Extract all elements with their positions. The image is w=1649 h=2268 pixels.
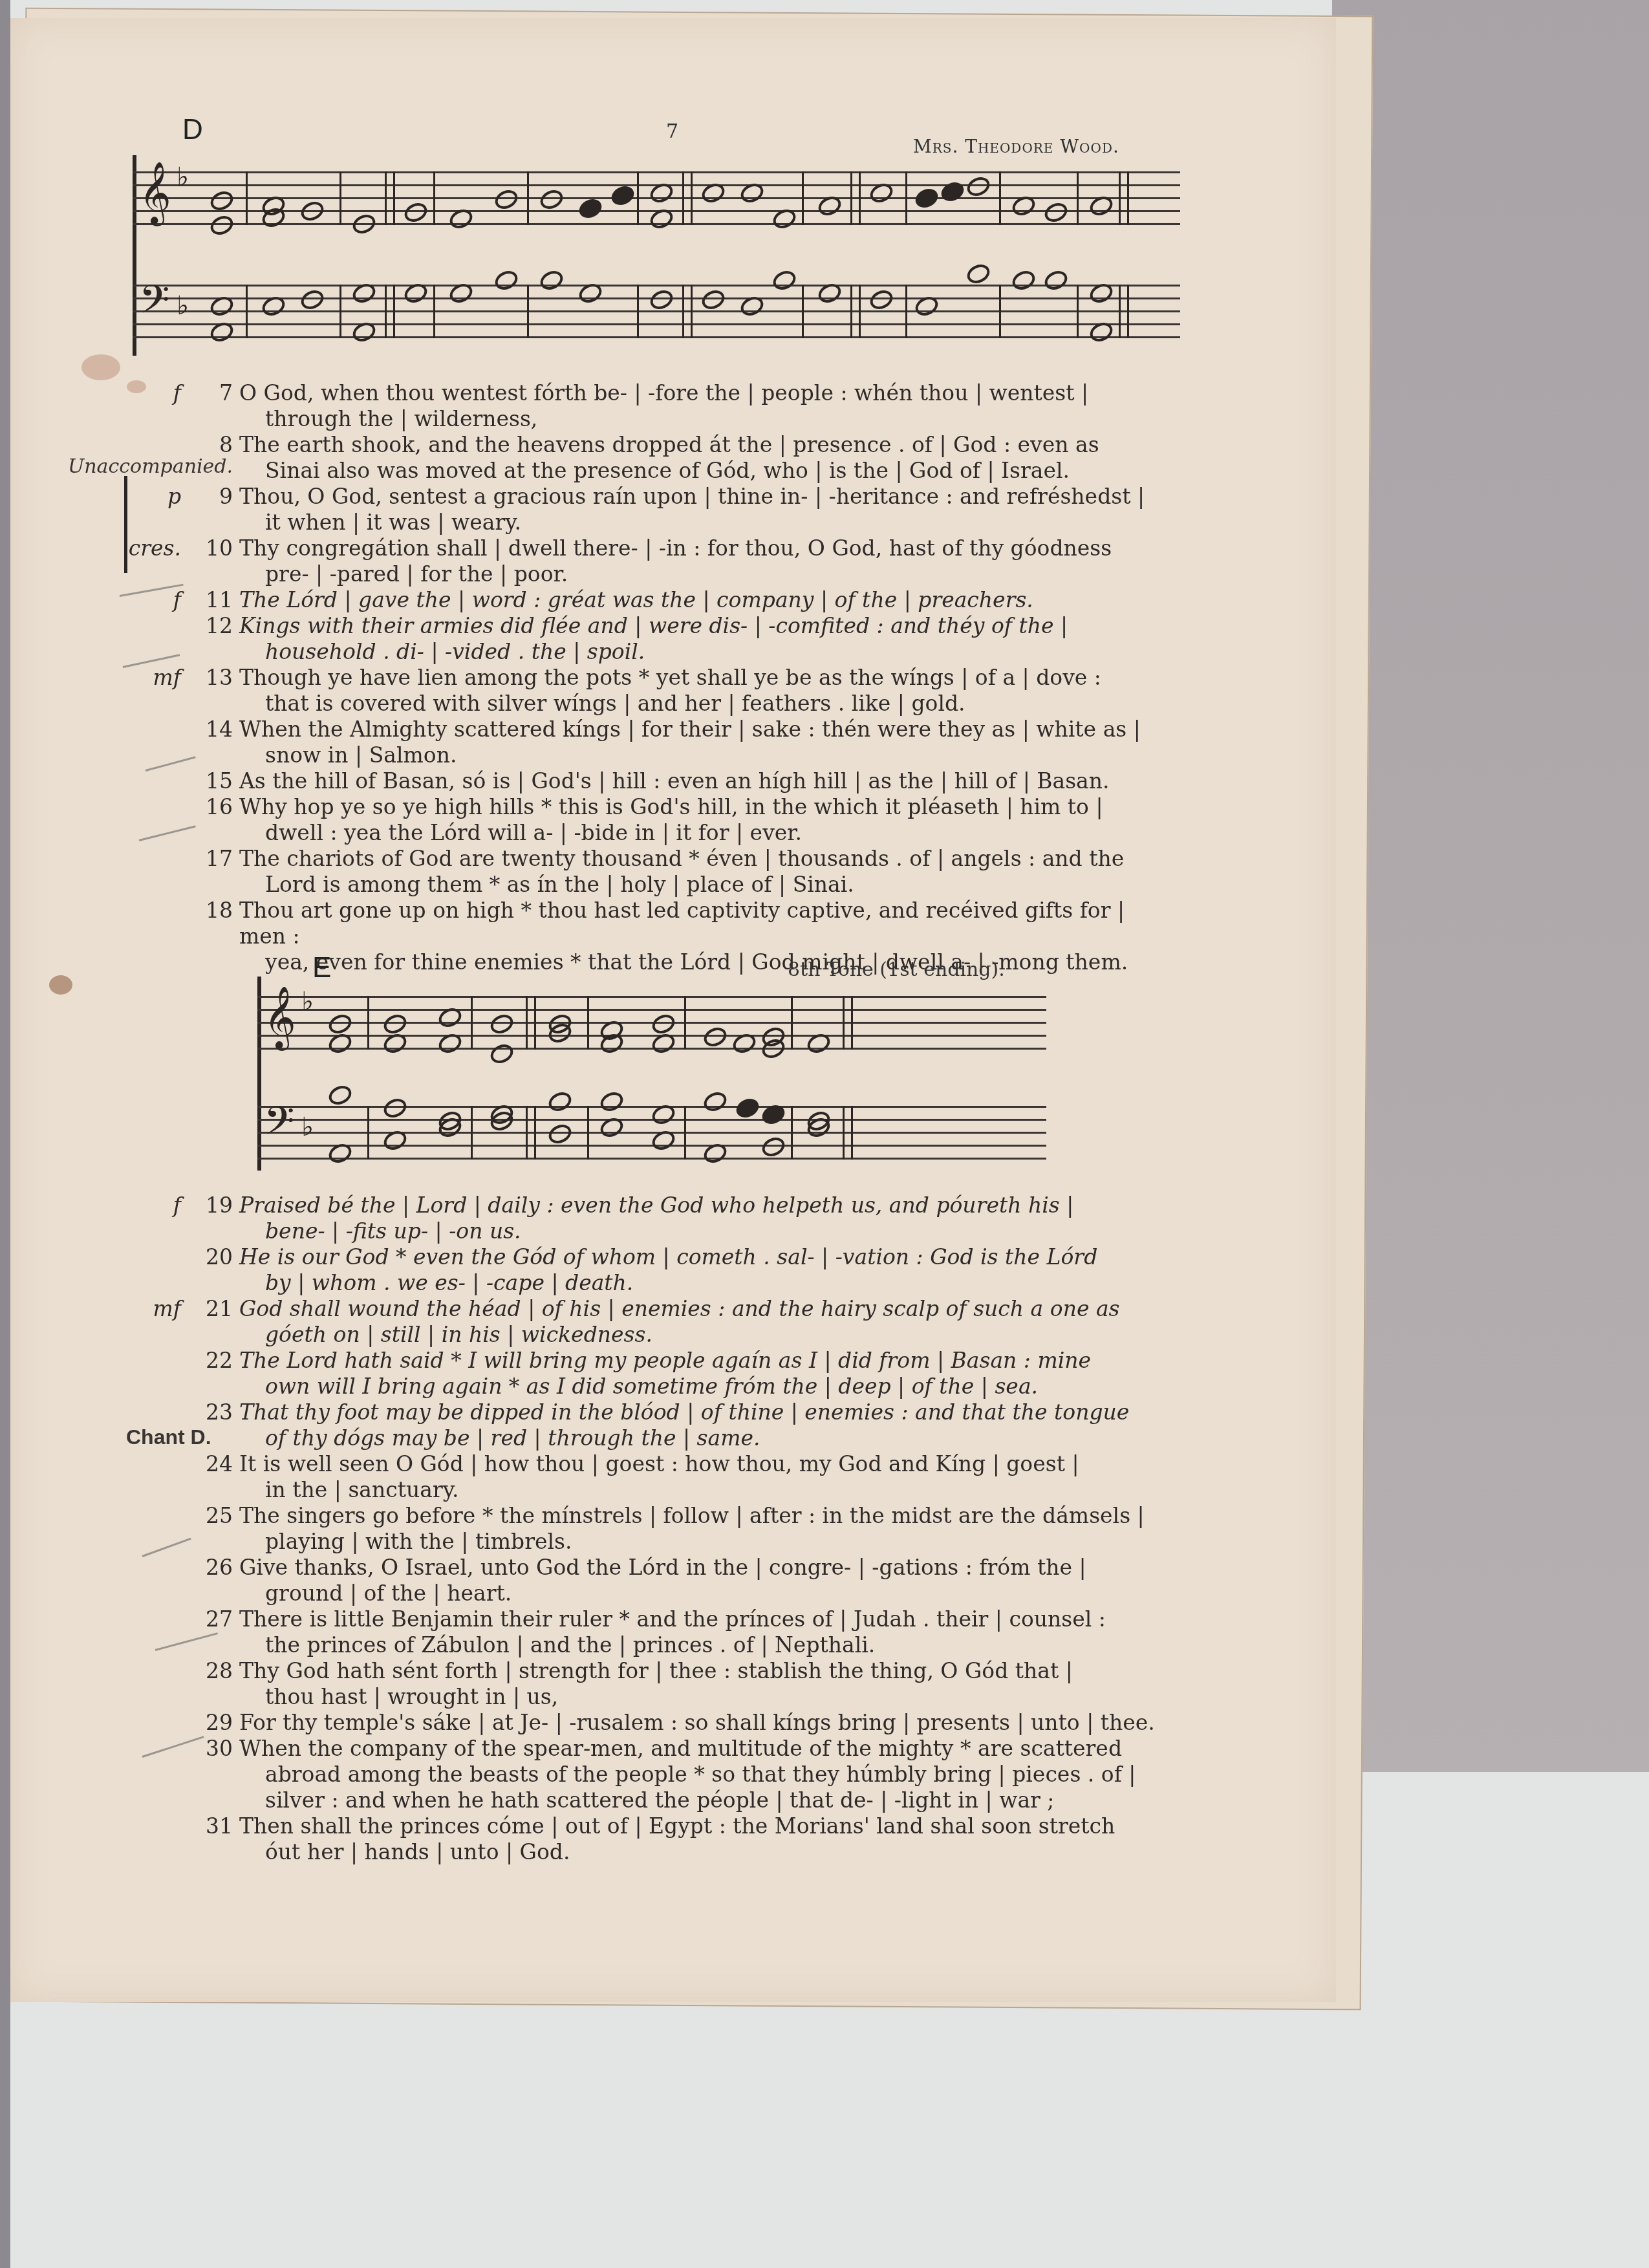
verse-text-line2: it when | it was | weary. [239,510,1170,535]
verse-text-line1: Thou art gone up on high * thou hast led… [239,898,1170,949]
verse-number: 22 [188,1348,233,1374]
verse-text-line2: by | whom . we es- | -cape | death. [239,1270,1170,1296]
verse-text-line1: O God, when thou wentest fórth be- | -fo… [239,380,1170,406]
verse-13: mf13Though ye have lien among the pots *… [116,665,1170,717]
treble-clef-icon: 𝄞 [139,165,171,219]
verse-number: 17 [188,846,233,872]
foxing-stain [81,354,120,380]
verse-text-line2: that is covered with silver wíngs | and … [239,691,1170,717]
dynamic-marking: mf [116,1296,181,1322]
verse-28: 28Thy God hath sént forth | strength for… [116,1658,1170,1710]
verse-text-line1: Thy congregátion shall | dwell there- | … [239,535,1170,561]
chant-e-score: 𝄞 ♭ 𝄢 ♭ [257,977,1046,1183]
verse-30: 30When the company of the spear-men, and… [116,1736,1170,1813]
verse-29: 29For thy temple's sáke | at Je- | -rusa… [116,1710,1170,1736]
dynamic-marking: f [116,380,181,406]
verse-number: 11 [188,587,233,613]
verse-text-line2: playing | with the | timbrels. [239,1529,1170,1555]
verse-22: 22The Lord hath said * I will bring my p… [116,1348,1170,1399]
verses-7-to-18: f7O God, when thou wentest fórth be- | -… [116,380,1170,975]
verse-text-line1: He is our God * even the Gód of whom | c… [239,1244,1170,1270]
verse-text-line2: the princes of Zábulon | and the | princ… [239,1632,1170,1658]
scanner-backdrop [1332,0,1649,1772]
verse-text-line1: It is well seen O Gód | how thou | goest… [239,1451,1170,1477]
verse-25: 25The singers go before * the mínstrels … [116,1503,1170,1555]
verse-7: f7O God, when thou wentest fórth be- | -… [116,380,1170,432]
verse-text-line1: There is little Benjamin their ruler * a… [239,1606,1170,1632]
verse-26: 26Give thanks, O Israel, unto God the Ló… [116,1555,1170,1606]
verse-number: 15 [188,768,233,794]
treble-staff: 𝄞 ♭ [133,171,1180,226]
verse-text-line3: silver : and when he hath scattered the … [239,1787,1170,1813]
verse-text-line1: For thy temple's sáke | at Je- | -rusale… [239,1710,1170,1736]
verse-text-line1: Why hop ye so ye high hills * this is Go… [239,794,1170,820]
chant-d-label: D [182,114,203,146]
verse-14: 14When the Almighty scattered kíngs | fo… [116,717,1170,768]
verse-19: f19Praised bé the | Lord | daily : even … [116,1193,1170,1244]
verse-number: 20 [188,1244,233,1270]
treble-clef-icon: 𝄞 [264,989,296,1044]
dynamic-marking: cres. [116,535,181,561]
verse-text-line2: through the | wilderness, [239,406,1170,432]
verse-31: 31Then shall the princes cóme | out of |… [116,1813,1170,1865]
verse-number: 14 [188,717,233,742]
verse-number: 10 [188,535,233,561]
flat-icon: ♭ [301,1112,314,1142]
verse-text-line2: thou hast | wrought in | us, [239,1684,1170,1710]
verse-text-line2: óut her | hands | unto | God. [239,1839,1170,1865]
verse-21: mf21God shall wound the héad | of his | … [116,1296,1170,1348]
verse-text-line2: pre- | -pared | for the | poor. [239,561,1170,587]
scanner-bed [0,2005,1649,2268]
bass-staff: 𝄢 ♭ [133,285,1180,339]
verse-text-line1: God shall wound the héad | of his | enem… [239,1296,1170,1322]
verse-number: 27 [188,1606,233,1632]
verse-12: 12Kings with their armies did flée and |… [116,613,1170,665]
verse-text-line2: of thy dógs may be | red | through the |… [239,1425,1170,1451]
verse-text-line2: góeth on | still | in his | wickedness. [239,1322,1170,1348]
flat-icon: ♭ [177,291,189,321]
verse-9: p9Thou, O God, sentest a gracious raín u… [116,484,1170,535]
verse-text-line1: The Lórd | gave the | word : gréat was t… [239,587,1170,613]
verse-number: 19 [188,1193,233,1218]
verse-text-line1: Praised bé the | Lord | daily : even the… [239,1193,1170,1218]
dynamic-marking: p [116,484,181,510]
verse-text-line1: The Lord hath said * I will bring my peo… [239,1348,1170,1374]
verse-number: 25 [188,1503,233,1529]
verse-number: 12 [188,613,233,639]
verse-text-line1: Thy God hath sént forth | strength for |… [239,1658,1170,1684]
bass-clef-icon: 𝄢 [264,1102,295,1150]
verse-text-line2: ground | of the | heart. [239,1581,1170,1606]
verse-text-line1: That thy foot may be dipped in the blóod… [239,1399,1170,1425]
verse-11: f11The Lórd | gave the | word : gréat wa… [116,587,1170,613]
verse-text-line1: The chariots of God are twenty thousand … [239,846,1170,872]
treble-staff: 𝄞 ♭ [257,996,1046,1050]
foxing-stain [49,975,72,995]
verse-8: 8The earth shook, and the heavens droppe… [116,432,1170,484]
dynamic-marking: f [116,1193,181,1218]
dynamic-marking: f [116,587,181,613]
verse-24: 24It is well seen O Gód | how thou | goe… [116,1451,1170,1503]
verse-number: 8 [188,432,233,458]
verse-text-line2: household . di- | -vided . the | spoil. [239,639,1170,665]
verse-text-line2: bene- | -fits up- | -on us. [239,1218,1170,1244]
bass-clef-icon: 𝄢 [139,281,170,329]
verse-number: 7 [188,380,233,406]
verse-text-line1: Kings with their armies did flée and | w… [239,613,1170,639]
flat-icon: ♭ [301,987,314,1017]
verse-text-line1: Give thanks, O Israel, unto God the Lórd… [239,1555,1170,1581]
verse-number: 29 [188,1710,233,1736]
verse-text-line2: yea, even for thine enemies * that the L… [239,949,1170,975]
verse-text-line1: When the Almighty scattered kíngs | for … [239,717,1170,742]
scan-edge [0,0,10,2268]
verse-text-line2: abroad among the beasts of the people * … [239,1762,1170,1787]
verse-18: 18Thou art gone up on high * thou hast l… [116,898,1170,975]
verse-text-line2: Lord is among them * as ín the | holy | … [239,872,1170,898]
verse-text-line2: dwell : yea the Lórd will a- | -bide in … [239,820,1170,846]
verse-16: 16Why hop ye so ye high hills * this is … [116,794,1170,846]
verse-text-line1: Thou, O God, sentest a gracious raín upo… [239,484,1170,510]
verses-19-to-31: f19Praised bé the | Lord | daily : even … [116,1193,1170,1865]
bass-staff: 𝄢 ♭ [257,1106,1046,1160]
verse-number: 9 [188,484,233,510]
verse-number: 18 [188,898,233,923]
verse-text-line1: The singers go before * the mínstrels | … [239,1503,1170,1529]
dynamic-marking: mf [116,665,181,691]
verse-20: 20He is our God * even the Gód of whom |… [116,1244,1170,1296]
verse-number: 31 [188,1813,233,1839]
verse-text-line2: in the | sanctuary. [239,1477,1170,1503]
verse-15: 15As the hill of Basan, só is | God's | … [116,768,1170,794]
verse-text-line1: Then shall the princes cóme | out of | E… [239,1813,1170,1839]
verse-number: 24 [188,1451,233,1477]
verse-17: 17The chariots of God are twenty thousan… [116,846,1170,898]
verse-text-line1: As the hill of Basan, só is | God's | hi… [239,768,1170,794]
composer-credit: Mrs. Theodore Wood. [913,136,1119,157]
verse-number: 23 [188,1399,233,1425]
flat-icon: ♭ [177,162,189,192]
verse-text-line2: own will I bring again * as I did someti… [239,1374,1170,1399]
verse-text-line2: Sinai also was moved at the presence of … [239,458,1170,484]
verse-number: 26 [188,1555,233,1581]
verse-number: 21 [188,1296,233,1322]
verse-number: 28 [188,1658,233,1684]
page-number: 7 [666,120,678,143]
verse-23: 23That thy foot may be dipped in the bló… [116,1399,1170,1451]
verse-27: 27There is little Benjamin their ruler *… [116,1606,1170,1658]
verse-text-line1: Though ye have lien among the pots * yet… [239,665,1170,691]
verse-text-line1: The earth shook, and the heavens dropped… [239,432,1170,458]
verse-10: cres.10Thy congregátion shall | dwell th… [116,535,1170,587]
verse-number: 13 [188,665,233,691]
verse-number: 16 [188,794,233,820]
verse-text-line1: When the company of the spear-men, and m… [239,1736,1170,1762]
chant-d-score: 𝄞 ♭ 𝄢 ♭ [133,155,1180,362]
verse-number: 30 [188,1736,233,1762]
verse-text-line2: snow in | Salmon. [239,742,1170,768]
